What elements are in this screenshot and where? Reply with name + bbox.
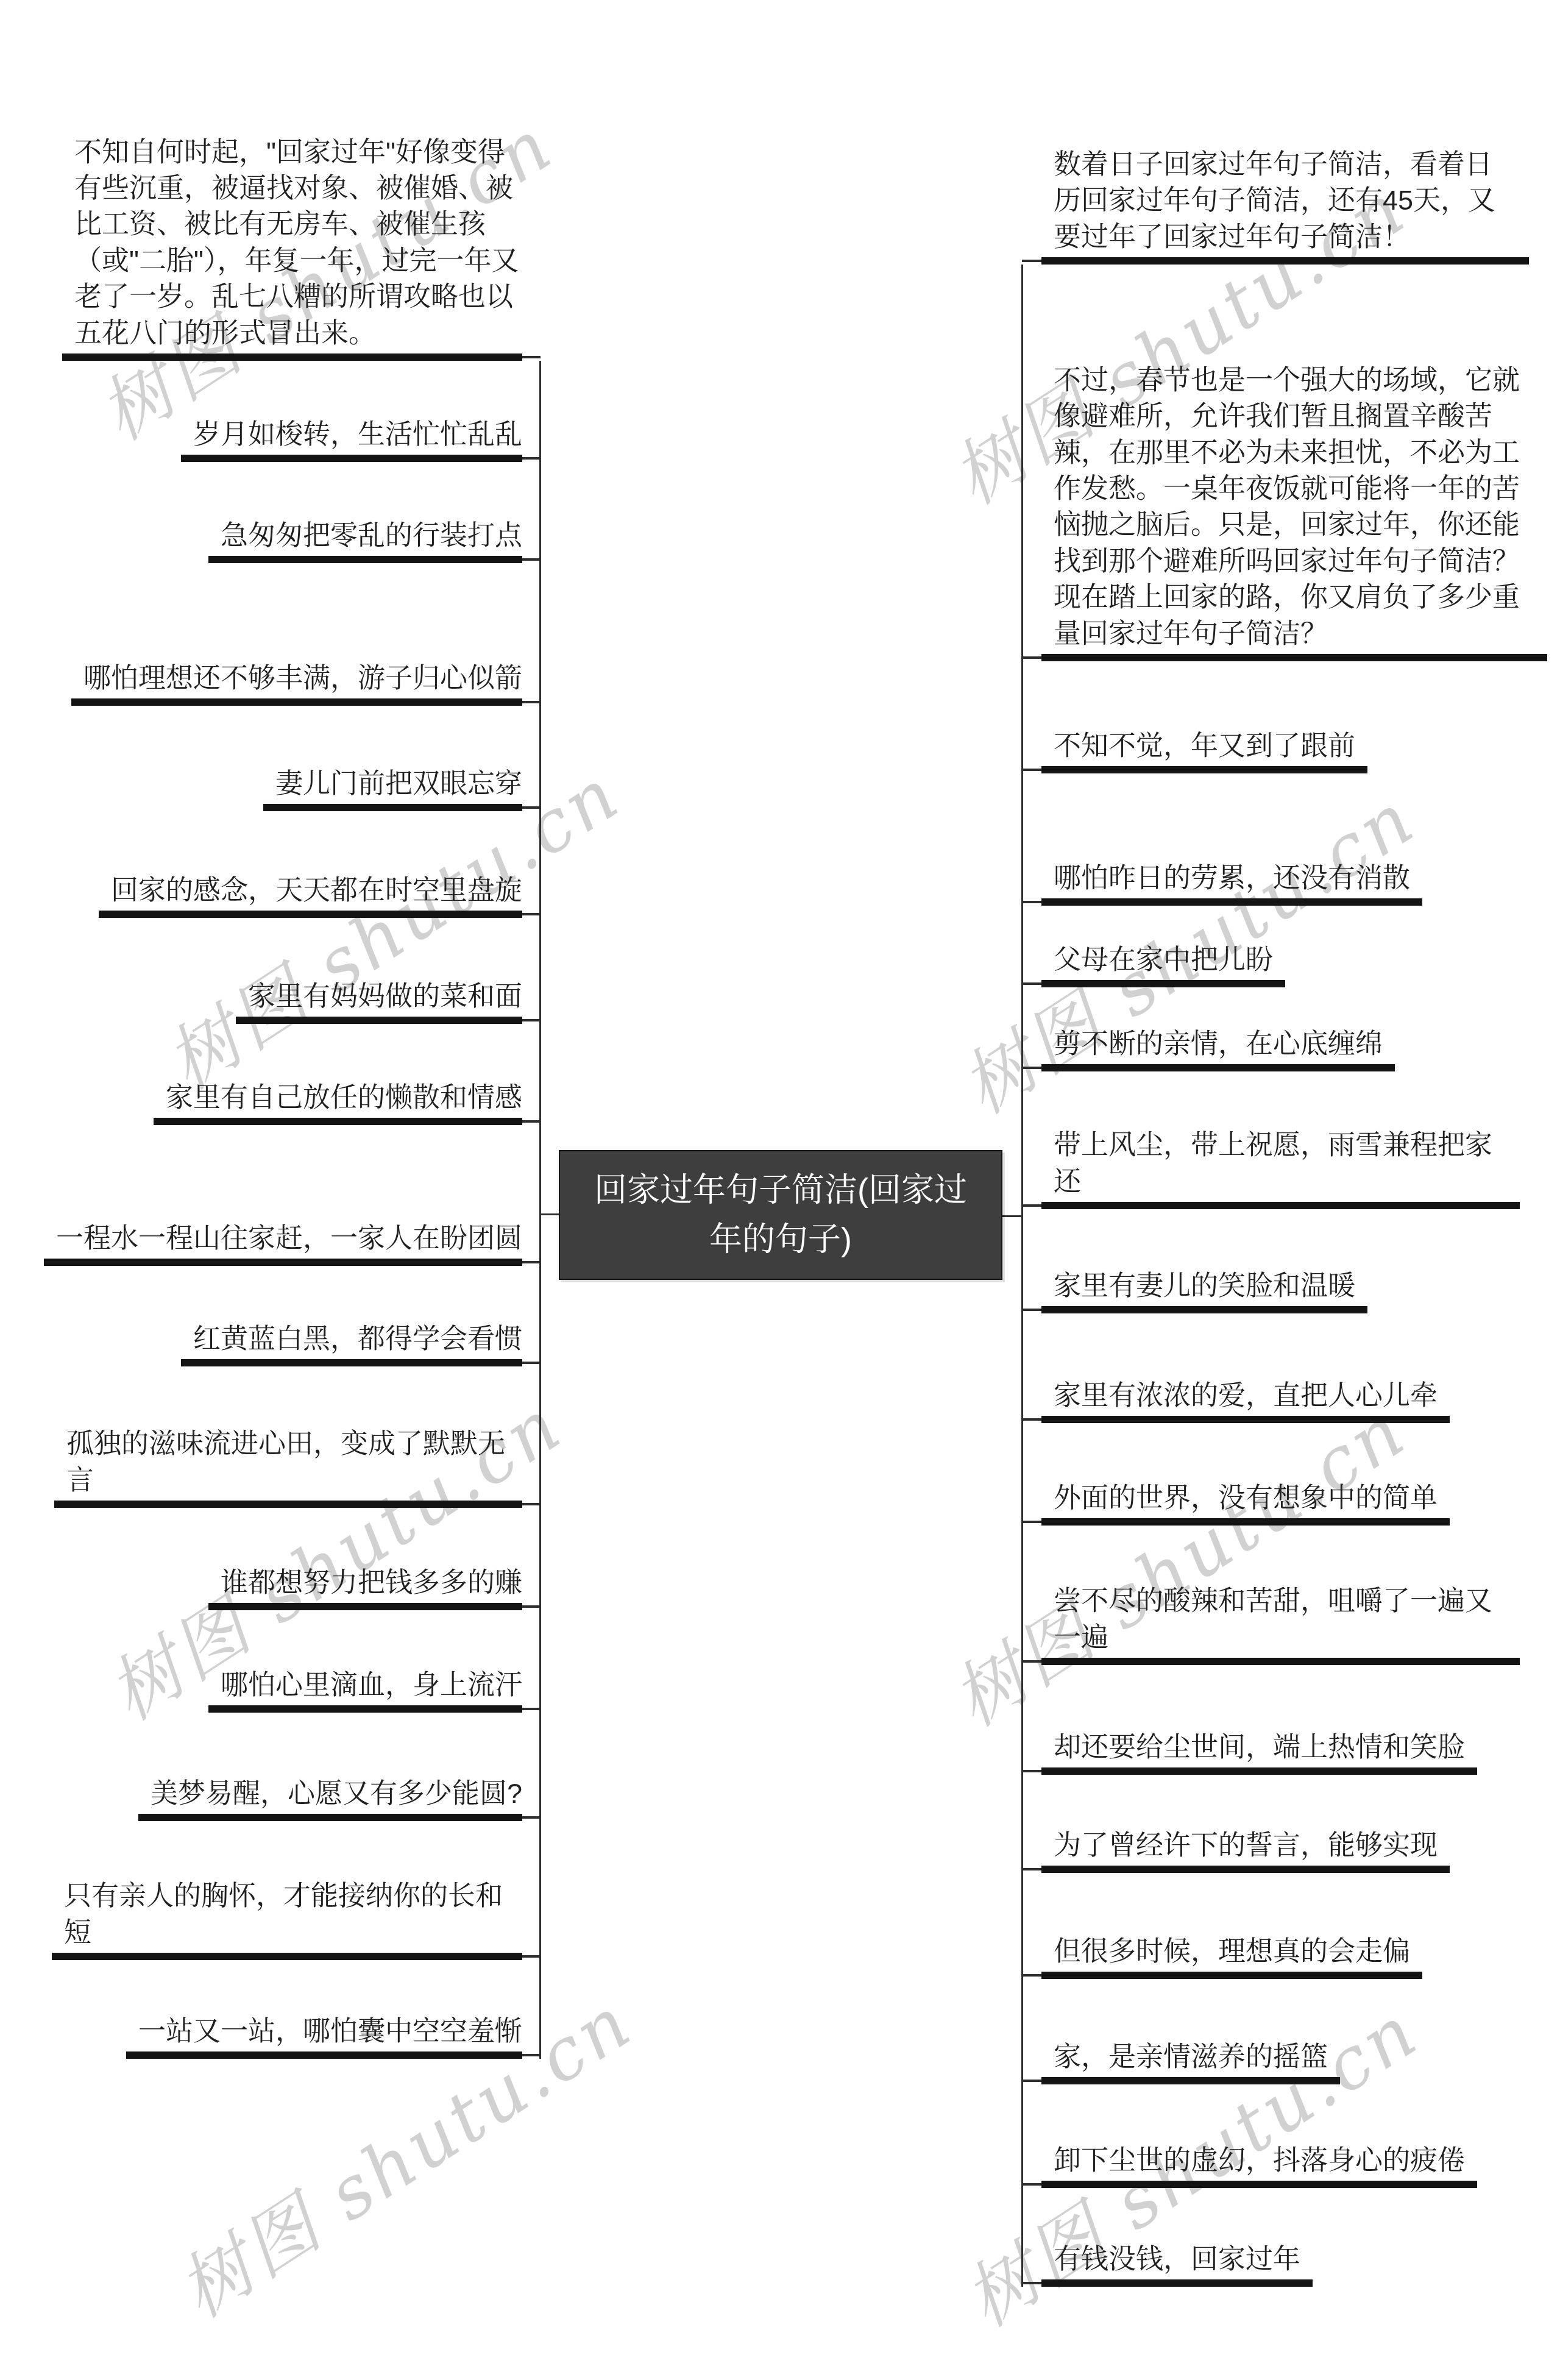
right-branch-node[interactable]: 剪不断的亲情，在心底缠绵: [1022, 1026, 1395, 1071]
branch-node-text: 不知自何时起，"回家过年"好像变得有些沉重，被逼找对象、被催婚、被比工资、被比有…: [74, 137, 519, 349]
branch-node-text: 孤独的滋味流进心田，变成了默默无言: [66, 1428, 505, 1495]
branch-node-text: 岁月如梭转，生活忙忙乱乱: [193, 419, 522, 450]
branch-node-text: 妻儿门前把双眼忘穿: [275, 768, 522, 799]
branch-node-text: 卸下尘世的虚幻，抖落身心的疲倦: [1054, 2145, 1465, 2176]
right-branch-node[interactable]: 带上风尘，带上祝愿，雨雪兼程把家还: [1022, 1127, 1520, 1209]
left-branch-node[interactable]: 岁月如梭转，生活忙忙乱乱: [181, 416, 541, 462]
right-branch-node[interactable]: 尝不尽的酸辣和苦甜，咀嚼了一遍又一遍: [1022, 1583, 1520, 1665]
right-branch-node[interactable]: 家，是亲情滋养的摇篮: [1022, 2039, 1340, 2084]
left-branch-node[interactable]: 家里有妈妈做的菜和面: [236, 978, 541, 1024]
branch-node-text: 但很多时候，理想真的会走偏: [1054, 1936, 1410, 1967]
branch-node-text: 不知不觉，年又到了跟前: [1054, 730, 1355, 761]
branch-node-text: 家，是亲情滋养的摇篮: [1054, 2041, 1328, 2072]
branch-node-text: 外面的世界，没有想象中的简单: [1054, 1482, 1438, 1513]
right-branch-node[interactable]: 不知不觉，年又到了跟前: [1022, 728, 1367, 773]
central-topic-node[interactable]: 回家过年句子简洁(回家过年的句子): [559, 1150, 1002, 1280]
center-left-connector: [541, 1213, 559, 1215]
left-branch-node[interactable]: 回家的感念，天天都在时空里盘旋: [99, 872, 541, 918]
right-branch-node[interactable]: 却还要给尘世间，端上热情和笑脸: [1022, 1729, 1477, 1775]
left-branch-node[interactable]: 孤独的滋味流进心田，变成了默默无言: [54, 1426, 541, 1508]
left-branch-node[interactable]: 哪怕理想还不够丰满，游子归心似箭: [71, 660, 541, 706]
branch-node-text: 家里有妈妈做的菜和面: [248, 981, 522, 1012]
branch-node-text: 不过，春节也是一个强大的场域，它就像避难所，允许我们暂且搁置辛酸苦辣，在那里不必…: [1054, 364, 1520, 649]
left-branch-node[interactable]: 谁都想努力把钱多多的赚: [208, 1565, 541, 1610]
right-branch-node[interactable]: 家里有妻儿的笑脸和温暖: [1022, 1268, 1367, 1313]
left-branch-node[interactable]: 家里有自己放任的懒散和情感: [154, 1079, 541, 1125]
left-branch-node[interactable]: 红黄蓝白黑，都得学会看惯: [181, 1321, 541, 1366]
right-branch-node[interactable]: 父母在家中把儿盼: [1022, 942, 1285, 987]
branch-node-text: 带上风尘，带上祝愿，雨雪兼程把家还: [1054, 1129, 1492, 1196]
left-branch-node[interactable]: 一程水一程山往家赶，一家人在盼团圆: [44, 1220, 541, 1266]
branch-node-text: 急匆匆把零乱的行装打点: [221, 520, 522, 551]
right-branch-node[interactable]: 但很多时候，理想真的会走偏: [1022, 1933, 1422, 1979]
left-branch-node[interactable]: 妻儿门前把双眼忘穿: [263, 766, 541, 811]
branch-node-text: 家里有浓浓的爱，直把人心儿牵: [1054, 1380, 1438, 1411]
branch-node-text: 剪不断的亲情，在心底缠绵: [1054, 1028, 1383, 1059]
watermark: 树图 shutu.cn: [929, 1375, 1423, 1746]
branch-node-text: 尝不尽的酸辣和苦甜，咀嚼了一遍又一遍: [1054, 1585, 1492, 1652]
branch-node-text: 美梦易醒，心愿又有多少能圆?: [151, 1778, 522, 1809]
branch-node-text: 父母在家中把儿盼: [1054, 944, 1273, 975]
branch-node-text: 只有亲人的胸怀，才能接纳你的长和短: [64, 1880, 503, 1947]
left-branch-node[interactable]: 不知自何时起，"回家过年"好像变得有些沉重，被逼找对象、被催婚、被比工资、被比有…: [62, 134, 541, 361]
branch-node-text: 家里有妻儿的笑脸和温暖: [1054, 1270, 1355, 1301]
branch-node-text: 一站又一站，哪怕囊中空空羞惭: [138, 2016, 522, 2047]
branch-node-text: 为了曾经许下的誓言，能够实现: [1054, 1830, 1438, 1861]
branch-node-text: 哪怕昨日的劳累，还没有消散: [1054, 862, 1410, 893]
left-branch-node[interactable]: 哪怕心里滴血，身上流汗: [208, 1667, 541, 1713]
mindmap-canvas: 树图 shutu.cn 树图 shutu.cn 树图 shutu.cn 树图 s…: [0, 0, 1560, 2380]
branch-node-text: 却还要给尘世间，端上热情和笑脸: [1054, 1732, 1465, 1763]
branch-node-text: 哪怕心里滴血，身上流汗: [221, 1669, 522, 1700]
right-branch-node[interactable]: 卸下尘世的虚幻，抖落身心的疲倦: [1022, 2142, 1477, 2188]
right-branch-node[interactable]: 有钱没钱，回家过年: [1022, 2241, 1313, 2287]
center-right-connector: [1002, 1215, 1022, 1217]
branch-node-text: 回家的感念，天天都在时空里盘旋: [111, 875, 522, 906]
left-branch-node[interactable]: 急匆匆把零乱的行装打点: [208, 517, 541, 563]
right-branch-node[interactable]: 为了曾经许下的誓言，能够实现: [1022, 1827, 1450, 1873]
branch-node-text: 有钱没钱，回家过年: [1054, 2243, 1300, 2275]
right-branch-node[interactable]: 不过，春节也是一个强大的场域，它就像避难所，允许我们暂且搁置辛酸苦辣，在那里不必…: [1022, 362, 1547, 661]
branch-node-text: 哪怕理想还不够丰满，游子归心似箭: [83, 662, 522, 694]
left-branch-node[interactable]: 只有亲人的胸怀，才能接纳你的长和短: [52, 1878, 541, 1960]
branch-node-text: 家里有自己放任的懒散和情感: [166, 1082, 522, 1113]
right-branch-node[interactable]: 家里有浓浓的爱，直把人心儿牵: [1022, 1377, 1450, 1423]
branch-node-text: 数着日子回家过年句子简洁，看着日历回家过年句子简洁，还有45天，又要过年了回家过…: [1054, 149, 1495, 252]
right-branch-node[interactable]: 哪怕昨日的劳累，还没有消散: [1022, 860, 1422, 906]
left-branch-node[interactable]: 美梦易醒，心愿又有多少能圆?: [138, 1775, 541, 1821]
branch-node-text: 一程水一程山往家赶，一家人在盼团圆: [56, 1223, 522, 1254]
branch-node-text: 红黄蓝白黑，都得学会看惯: [193, 1323, 522, 1354]
branch-node-text: 谁都想努力把钱多多的赚: [221, 1567, 522, 1598]
right-branch-node[interactable]: 数着日子回家过年句子简洁，看着日历回家过年句子简洁，还有45天，又要过年了回家过…: [1022, 146, 1529, 265]
right-branch-node[interactable]: 外面的世界，没有想象中的简单: [1022, 1480, 1450, 1526]
left-branch-node[interactable]: 一站又一站，哪怕囊中空空羞惭: [126, 2013, 541, 2059]
